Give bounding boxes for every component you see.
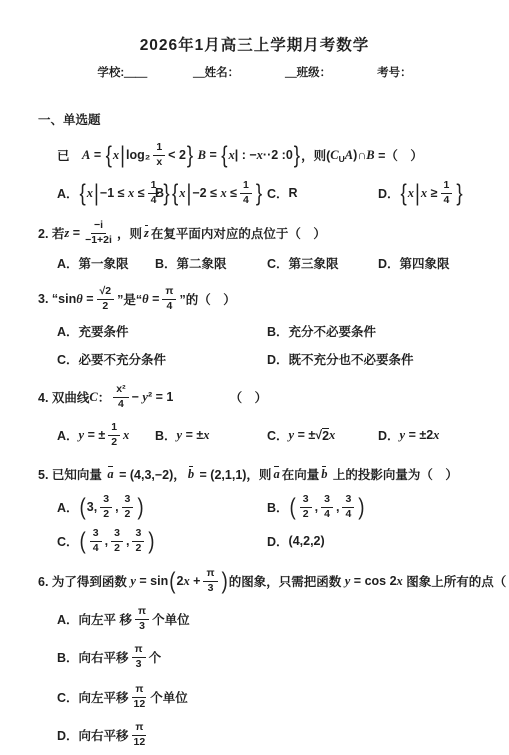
math-text-bold: D． <box>57 726 79 744</box>
math-text: 3, <box>87 500 97 514</box>
q5-options-row-2: C．(34,32,32) D．(4,2,2) <box>57 524 495 558</box>
math-text: = ± <box>182 428 203 442</box>
fraction-denominator: 2 <box>112 542 122 555</box>
radicand: 2 <box>322 428 329 443</box>
math-text: ”是“ <box>117 290 142 308</box>
math-text: ，则( <box>301 146 330 164</box>
math-overline-var: b <box>321 467 327 482</box>
math-text: , <box>115 500 118 514</box>
math-text-bold: C． <box>267 254 289 272</box>
math-text: = <box>149 292 160 306</box>
math-text: + <box>190 574 201 588</box>
fraction-numerator: 1 <box>108 421 120 435</box>
fraction-denominator: 2 <box>100 300 110 313</box>
fraction-numerator: π <box>162 285 176 299</box>
math-text: 既不充分也不必要条件 <box>289 350 414 368</box>
math-bracket: } <box>163 181 169 204</box>
math-text-bold: D． <box>267 532 289 550</box>
math-variable: x <box>433 428 439 443</box>
fraction-numerator: 3 <box>321 493 333 507</box>
q3-options-row-2: C．必要不充分条件 D．既不充分也不必要条件 <box>57 350 495 368</box>
q6-option-b: B．向右平移π3个 <box>57 640 495 674</box>
math-fraction: 12 <box>108 421 120 448</box>
fraction-denominator: 3 <box>137 620 147 633</box>
q3-options-row-1: A．充要条件 B．充分不必要条件 <box>57 322 495 340</box>
math-fraction: 14 <box>240 179 252 206</box>
math-text-bold: A． <box>57 498 79 516</box>
q4-option-a: A．y = ±12x <box>57 418 155 452</box>
math-text: = ± <box>84 428 105 442</box>
q2-options: A．第一象限 B．第二象限 C．第三象限 D．第四象限 <box>57 254 495 272</box>
math-variable: A <box>345 148 353 163</box>
q2-stem: 2. 若z =−i−1+2i，则z在复平面内对应的点位于（ ） <box>38 216 495 250</box>
math-bracket: ) <box>148 529 154 552</box>
math-text: = <box>90 148 104 162</box>
math-text-bold: C． <box>267 184 289 202</box>
fraction-numerator: π <box>132 683 146 697</box>
math-fraction: 34 <box>342 493 354 520</box>
math-text: 图象上所有的点（ ） <box>403 572 509 590</box>
fraction-denominator: 12 <box>132 698 148 711</box>
math-bracket: { <box>80 181 86 204</box>
math-text-bold: R <box>289 186 298 200</box>
math-text-bold: B． <box>155 426 177 444</box>
math-variable: x <box>329 428 335 443</box>
fraction-denominator: 4 <box>442 194 452 207</box>
math-text: =（ ） <box>375 146 423 164</box>
math-text: ”的（ ） <box>179 290 235 308</box>
q3-option-a: A．充要条件 <box>57 322 267 340</box>
q3-option-d: D．既不充分也不必要条件 <box>267 350 495 368</box>
math-fraction: 1x <box>153 141 165 168</box>
math-text: 第三象限 <box>289 254 339 272</box>
fraction-denominator: 2 <box>101 508 111 521</box>
math-subscript: U <box>339 154 345 164</box>
math-text: = ± <box>294 428 315 442</box>
math-text: 充分不必要条件 <box>289 322 377 340</box>
math-variable: C <box>89 390 97 405</box>
math-variable: x <box>408 186 414 201</box>
math-text: 充要条件 <box>79 322 129 340</box>
question-1: 已 A = {x|log₂1x< 2} B = {x| : −x··2 :0}，… <box>38 138 495 210</box>
math-text: = <box>83 292 94 306</box>
math-variable: B <box>198 148 206 163</box>
math-variable: B <box>366 148 374 163</box>
math-text-bold: D． <box>378 426 400 444</box>
math-bracket: } <box>456 181 462 204</box>
math-variable: x <box>123 428 129 443</box>
q6-option-d: D．向右平移π12 <box>57 718 495 752</box>
math-fraction: π12 <box>132 683 148 710</box>
fraction-numerator: −i <box>91 219 106 233</box>
math-overline-var: a <box>273 467 279 482</box>
fraction-numerator: 3 <box>300 493 312 507</box>
q1-option-d: D．{x|x ≥14} <box>378 176 495 210</box>
q3-option-b: B．充分不必要条件 <box>267 322 495 340</box>
math-text-bold: C． <box>57 532 79 550</box>
math-text: | : − <box>235 148 257 162</box>
math-fraction: x²4 <box>113 383 128 410</box>
math-text: 6. 为了得到函数 <box>38 572 130 590</box>
fraction-numerator: 3 <box>100 493 112 507</box>
math-text: = (4,3,−2)， <box>116 465 186 483</box>
math-text: = (2,1,1)，则 <box>196 465 271 483</box>
math-sqrt: √2 <box>315 428 329 443</box>
math-text: ··2 :0 <box>263 148 293 162</box>
math-text: −1 ≤ <box>100 186 128 200</box>
fraction-denominator: 2 <box>123 508 133 521</box>
math-text-bold: C． <box>267 426 289 444</box>
math-text: ： <box>98 388 111 406</box>
q6-option-c: C．向左平移π12个单位 <box>57 680 495 714</box>
math-text: −2 ≤ <box>192 186 220 200</box>
fraction-denominator: 3 <box>134 658 144 671</box>
fraction-denominator: 4 <box>241 194 251 207</box>
math-fraction: π4 <box>162 285 176 312</box>
math-bracket: } <box>187 143 193 166</box>
fraction-denominator: 2 <box>109 436 119 449</box>
fraction-denominator: x <box>154 156 164 169</box>
math-text: 4. 双曲线 <box>38 388 89 406</box>
question-5: 5. 已知向量 a = (4,3,−2)，b = (2,1,1)，则a在向量b … <box>38 464 495 558</box>
math-text: （ ） <box>173 388 267 406</box>
math-text-bold: C． <box>57 688 79 706</box>
math-bracket: ) <box>222 569 228 592</box>
school-field-label: 学校:＿＿ <box>97 64 147 80</box>
math-bracket: ) <box>137 495 143 518</box>
q3-option-c: C．必要不充分条件 <box>57 350 267 368</box>
fraction-numerator: 3 <box>122 493 134 507</box>
math-text: − <box>132 390 143 404</box>
radical-sign: √ <box>315 428 322 442</box>
math-text-bold: A． <box>57 426 79 444</box>
q5-option-c: C．(34,32,32) <box>57 524 267 558</box>
math-variable: x <box>179 186 185 201</box>
math-fraction: −i−1+2i <box>83 219 114 246</box>
math-fraction: 34 <box>321 493 333 520</box>
math-text: 第四象限 <box>400 254 450 272</box>
math-text: 必要不充分条件 <box>79 350 167 368</box>
math-text: = cos 2 <box>350 574 396 588</box>
math-text: )∩ <box>353 148 366 162</box>
exam-number-field-label: 考号： <box>377 64 412 80</box>
math-text: 个单位 <box>150 688 188 706</box>
q5-options-row-1: A．(3,32,32) B．(32,34,34) <box>57 490 495 524</box>
math-text: 3. “sin <box>38 292 76 306</box>
math-text: = <box>206 148 220 162</box>
math-text: ≤ <box>134 186 144 200</box>
math-bracket: { <box>221 143 227 166</box>
math-text-bold: D． <box>378 254 400 272</box>
math-text-bold: 个 <box>149 648 162 666</box>
fraction-denominator: 12 <box>132 736 148 749</box>
math-text: ² = 1 <box>148 390 173 404</box>
math-fraction: π3 <box>135 605 149 632</box>
q2-option-d: D．第四象限 <box>378 254 495 272</box>
student-info-row: 学校:＿＿ ＿姓名： ＿班级： 考号： <box>0 64 509 80</box>
fraction-denominator: 3 <box>206 582 216 595</box>
fraction-denominator: 2 <box>133 542 143 555</box>
fraction-numerator: π <box>135 605 149 619</box>
math-text: , <box>105 534 108 548</box>
math-variable: C <box>330 148 338 163</box>
math-text: 个单位 <box>152 610 190 628</box>
fraction-numerator: π <box>203 567 217 581</box>
math-bracket: | <box>415 181 420 204</box>
math-bracket: { <box>106 143 112 166</box>
math-text: = ±2 <box>405 428 433 442</box>
q1-option-c: C．R <box>267 176 378 210</box>
math-text: , <box>315 500 318 514</box>
math-fraction: 32 <box>100 493 112 520</box>
q4-options: A．y = ±12x B．y = ±x C．y = ±√2x D．y = ±2x <box>57 418 495 452</box>
fraction-numerator: 3 <box>132 527 144 541</box>
math-fraction: √22 <box>97 285 115 312</box>
q4-option-b: B．y = ±x <box>155 418 267 452</box>
q5-option-d: D．(4,2,2) <box>267 524 495 558</box>
fraction-numerator: 1 <box>441 179 453 193</box>
q1-options: A．{x|−1 ≤ x ≤14} B {x|−2 ≤ x ≤14} C．R D．… <box>57 176 495 210</box>
math-text-bold: A． <box>57 254 79 272</box>
fraction-numerator: 3 <box>90 527 102 541</box>
math-overline-var: a <box>107 467 113 482</box>
math-bracket: } <box>256 181 262 204</box>
math-text-bold: B． <box>267 498 289 516</box>
fraction-denominator: 2 <box>301 508 311 521</box>
q2-option-c: C．第三象限 <box>267 254 378 272</box>
math-text: < 2 <box>168 148 186 162</box>
math-text: (4,2,2) <box>289 534 325 548</box>
q6-option-a: A．向左平 移π3个单位 <box>57 602 495 636</box>
math-text-bold: B． <box>155 254 177 272</box>
fraction-numerator: 3 <box>342 493 354 507</box>
fraction-numerator: 1 <box>153 141 165 155</box>
fraction-denominator: 4 <box>116 398 126 411</box>
class-field-label: ＿班级： <box>285 64 331 80</box>
fraction-denominator: 4 <box>91 542 101 555</box>
math-bracket: ( <box>290 495 296 518</box>
q4-option-d: D．y = ±2x <box>378 418 495 452</box>
math-bracket: { <box>401 181 407 204</box>
math-text-bold: B． <box>267 322 289 340</box>
q5-option-b: B．(32,34,34) <box>267 490 495 524</box>
q5-option-a: A．(3,32,32) <box>57 490 267 524</box>
fraction-numerator: π <box>132 643 146 657</box>
math-text-bold: C． <box>57 350 79 368</box>
section-heading: 一、单选题 <box>38 110 509 128</box>
math-text: 上的投影向量为（ ） <box>329 465 457 483</box>
math-text: ，则 <box>117 224 142 242</box>
question-3: 3. “sinθ =√22”是“θ =π4”的（ ） A．充要条件 B．充分不必… <box>38 282 495 368</box>
question-6: 6. 为了得到函数 y = sin(2x +π3)的图象，只需把函数 y = c… <box>38 564 495 752</box>
q2-option-a: A．第一象限 <box>57 254 155 272</box>
q6-stem: 6. 为了得到函数 y = sin(2x +π3)的图象，只需把函数 y = c… <box>38 564 495 598</box>
math-text-bold: A． <box>57 184 79 202</box>
math-bracket: | <box>120 143 125 166</box>
math-text: log₂ <box>126 148 150 162</box>
fraction-numerator: x² <box>113 383 128 397</box>
math-text-bold: D． <box>267 350 289 368</box>
fraction-denominator: 4 <box>165 300 175 313</box>
q3-stem: 3. “sinθ =√22”是“θ =π4”的（ ） <box>38 282 495 316</box>
math-text-bold: 2. 若 <box>38 224 64 242</box>
math-bracket: ( <box>80 495 86 518</box>
math-fraction: 32 <box>122 493 134 520</box>
math-text: 第一象限 <box>79 254 129 272</box>
fraction-numerator: 3 <box>111 527 123 541</box>
fraction-numerator: √2 <box>97 285 115 299</box>
math-bracket: | <box>94 181 99 204</box>
math-text: 向右平移 <box>79 726 129 744</box>
exam-page: 2026年1月高三上学期月考数学 学校:＿＿ ＿姓名： ＿班级： 考号： 一、单… <box>0 0 509 755</box>
math-text: 向左平 移 <box>79 610 132 628</box>
math-text: 在复平面内对应的点位于（ ） <box>151 224 326 242</box>
math-variable: x <box>203 428 209 443</box>
fraction-denominator: 4 <box>343 508 353 521</box>
name-field-label: ＿姓名： <box>193 64 239 80</box>
math-variable: A <box>82 148 90 163</box>
math-fraction: 32 <box>132 527 144 554</box>
math-fraction: 32 <box>111 527 123 554</box>
math-overline-var: b <box>188 467 194 482</box>
question-2: 2. 若z =−i−1+2i，则z在复平面内对应的点位于（ ） A．第一象限 B… <box>38 216 495 272</box>
math-fraction: π12 <box>132 721 148 748</box>
math-bracket: ) <box>358 495 364 518</box>
math-text: = sin <box>136 574 168 588</box>
q4-stem: 4. 双曲线C：x²4− y² = 1 （ ） <box>38 380 495 414</box>
math-variable: x <box>87 186 93 201</box>
math-text: , <box>126 534 129 548</box>
q2-option-b: B．第二象限 <box>155 254 267 272</box>
math-fraction: π3 <box>203 567 217 594</box>
fraction-numerator: π <box>132 721 146 735</box>
math-text-bold: A． <box>57 610 79 628</box>
math-bracket: { <box>172 181 178 204</box>
math-variable: x <box>113 148 119 163</box>
fraction-numerator: 1 <box>240 179 252 193</box>
math-overline-var: z <box>144 226 149 241</box>
math-text <box>70 146 83 164</box>
fraction-denominator: 4 <box>322 508 332 521</box>
math-bracket: } <box>294 143 300 166</box>
math-text: ≥ <box>427 186 437 200</box>
q5-stem: 5. 已知向量 a = (4,3,−2)，b = (2,1,1)，则a在向量b … <box>38 464 495 484</box>
math-bracket: | <box>187 181 192 204</box>
math-bracket: ( <box>169 569 175 592</box>
math-text: 的图象，只需把函数 <box>229 572 345 590</box>
math-text: , <box>336 500 339 514</box>
math-fraction: π3 <box>132 643 146 670</box>
math-text: 向左平移 <box>79 688 129 706</box>
math-text-bold: B．向右平移 <box>57 648 129 666</box>
q1-option-b: B {x|−2 ≤ x ≤14} <box>155 176 267 210</box>
math-fraction: 34 <box>90 527 102 554</box>
exam-title: 2026年1月高三上学期月考数学 <box>0 0 509 55</box>
math-text: 5. 已知向量 <box>38 465 105 483</box>
math-text: = <box>69 226 80 240</box>
q1-stem: 已 A = {x|log₂1x< 2} B = {x| : −x··2 :0}，… <box>57 138 495 172</box>
question-4: 4. 双曲线C：x²4− y² = 1 （ ） A．y = ±12x B．y =… <box>38 380 495 452</box>
math-bracket: ( <box>80 529 86 552</box>
math-fraction: 32 <box>300 493 312 520</box>
math-text: 第二象限 <box>177 254 227 272</box>
math-text: 在向量 <box>282 465 320 483</box>
math-fraction: 14 <box>441 179 453 206</box>
math-text-bold: 已 <box>57 146 70 164</box>
fraction-denominator: −1+2i <box>83 234 114 247</box>
math-text-bold: A． <box>57 322 79 340</box>
math-text-bold: D． <box>378 184 400 202</box>
math-text: ≤ <box>227 186 237 200</box>
q4-option-c: C．y = ±√2x <box>267 418 378 452</box>
q1-option-a: A．{x|−1 ≤ x ≤14} <box>57 176 155 210</box>
